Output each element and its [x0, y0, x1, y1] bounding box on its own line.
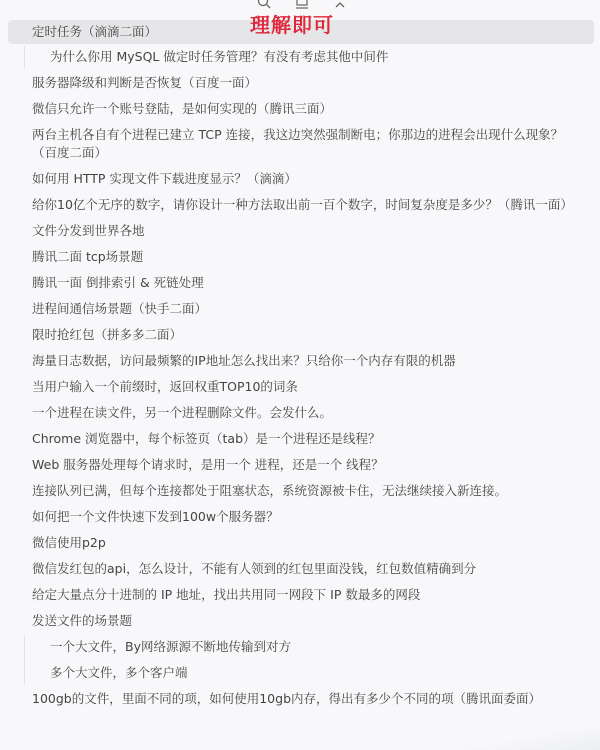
list-item-label: 海量日志数据，访问最频繁的IP地址怎么找出来？只给你一个内存有限的机器: [32, 353, 456, 368]
list-item[interactable]: 海量日志数据，访问最频繁的IP地址怎么找出来？只给你一个内存有限的机器: [0, 348, 600, 374]
collapse-icon[interactable]: [332, 0, 348, 9]
list-item[interactable]: 腾讯二面 tcp场景题: [0, 244, 600, 270]
list-item-label: 如何把一个文件快速下发到100w个服务器？: [32, 509, 279, 524]
list-item-label: 一个大文件，By网络源源不断地传输到对方: [50, 639, 291, 654]
red-annotation-text: 理解即可: [250, 12, 334, 38]
list-item[interactable]: 给你10亿个无序的数字，请你设计一种方法取出前一百个数字，时间复杂度是多少？（腾…: [0, 192, 600, 218]
list-item-label: 定时任务（滴滴二面）: [32, 24, 157, 39]
list-item-label: 腾讯二面 tcp场景题: [32, 249, 143, 264]
list-item-child[interactable]: 多个大文件，多个客户端: [0, 660, 600, 686]
copy-icon[interactable]: [294, 0, 310, 9]
list-item-label: 一个进程在读文件，另一个进程删除文件。会发什么。: [32, 405, 332, 420]
child-group: 为什么你用 MySQL 做定时任务管理？有没有考虑其他中间件: [0, 44, 600, 70]
outline-list: 定时任务（滴滴二面） 为什么你用 MySQL 做定时任务管理？有没有考虑其他中间…: [0, 20, 600, 712]
search-icon[interactable]: [256, 0, 272, 9]
list-item-label: 服务器降级和判断是否恢复（百度一面）: [32, 75, 257, 90]
list-item-label: 微信使用p2p: [32, 535, 106, 550]
list-item-label: 进程间通信场景题（快手二面）: [32, 301, 207, 316]
list-item[interactable]: 100gb的文件，里面不同的项，如何使用10gb内存，得出有多少个不同的项（腾讯…: [0, 686, 600, 712]
list-item-label: 当用户输入一个前缀时，返回权重TOP10的词条: [32, 379, 298, 394]
decorative-fade: [460, 730, 600, 750]
top-toolbar: [256, 0, 348, 10]
list-item-label: 给定大量点分十进制的 IP 地址，找出共用同一网段下 IP 数最多的网段: [32, 587, 420, 602]
list-item-label: 文件分发到世界各地: [32, 223, 145, 238]
list-item[interactable]: 微信使用p2p: [0, 530, 600, 556]
list-item[interactable]: 微信发红包的api，怎么设计，不能有人领到的红包里面没钱，红包数值精确到分: [0, 556, 600, 582]
list-item[interactable]: 给定大量点分十进制的 IP 地址，找出共用同一网段下 IP 数最多的网段: [0, 582, 600, 608]
list-item[interactable]: 进程间通信场景题（快手二面）: [0, 296, 600, 322]
outline-page: 理解即可 定时任务（滴滴二面） 为什么你用 MySQL 做定时任务管理？有没有考…: [0, 0, 600, 750]
list-item[interactable]: 当用户输入一个前缀时，返回权重TOP10的词条: [0, 374, 600, 400]
list-item[interactable]: 微信只允许一个账号登陆，是如何实现的（腾讯三面）: [0, 96, 600, 122]
list-item[interactable]: 限时抢红包（拼多多二面）: [0, 322, 600, 348]
list-item-label: 发送文件的场景题: [32, 613, 132, 628]
list-item[interactable]: Chrome 浏览器中，每个标签页（tab）是一个进程还是线程？: [0, 426, 600, 452]
list-item[interactable]: 连接队列已满，但每个连接都处于阻塞状态，系统资源被卡住，无法继续接入新连接。: [0, 478, 600, 504]
list-item-label: 微信只允许一个账号登陆，是如何实现的（腾讯三面）: [32, 101, 332, 116]
list-item-label: 多个大文件，多个客户端: [50, 665, 188, 680]
list-item-label: 限时抢红包（拼多多二面）: [32, 327, 182, 342]
list-item[interactable]: 发送文件的场景题: [0, 608, 600, 634]
list-item-label: 腾讯一面 倒排索引 & 死链处理: [32, 275, 204, 290]
list-item-label: Chrome 浏览器中，每个标签页（tab）是一个进程还是线程？: [32, 431, 381, 446]
list-item-label: 100gb的文件，里面不同的项，如何使用10gb内存，得出有多少个不同的项（腾讯…: [32, 691, 541, 706]
list-item-label: Web 服务器处理每个请求时，是用一个 进程，还是一个 线程？: [32, 457, 384, 472]
list-item[interactable]: 如何把一个文件快速下发到100w个服务器？: [0, 504, 600, 530]
list-item[interactable]: 文件分发到世界各地: [0, 218, 600, 244]
list-item[interactable]: 服务器降级和判断是否恢复（百度一面）: [0, 70, 600, 96]
list-item-child[interactable]: 一个大文件，By网络源源不断地传输到对方: [0, 634, 600, 660]
list-item-label: 为什么你用 MySQL 做定时任务管理？有没有考虑其他中间件: [50, 49, 388, 64]
list-item-label: 两台主机各自有个进程已建立 TCP 连接，我这边突然强制断电；你那边的进程会出现…: [32, 127, 563, 160]
list-item-label: 如何用 HTTP 实现文件下载进度显示？（滴滴）: [32, 171, 297, 186]
list-item[interactable]: Web 服务器处理每个请求时，是用一个 进程，还是一个 线程？: [0, 452, 600, 478]
list-item-label: 微信发红包的api，怎么设计，不能有人领到的红包里面没钱，红包数值精确到分: [32, 561, 476, 576]
list-item[interactable]: 腾讯一面 倒排索引 & 死链处理: [0, 270, 600, 296]
list-item[interactable]: 一个进程在读文件，另一个进程删除文件。会发什么。: [0, 400, 600, 426]
list-item-child[interactable]: 为什么你用 MySQL 做定时任务管理？有没有考虑其他中间件: [0, 44, 600, 70]
list-item[interactable]: 两台主机各自有个进程已建立 TCP 连接，我这边突然强制断电；你那边的进程会出现…: [0, 122, 600, 166]
list-item-label: 给你10亿个无序的数字，请你设计一种方法取出前一百个数字，时间复杂度是多少？（腾…: [32, 197, 573, 212]
child-group: 一个大文件，By网络源源不断地传输到对方 多个大文件，多个客户端: [0, 634, 600, 686]
list-item[interactable]: 如何用 HTTP 实现文件下载进度显示？（滴滴）: [0, 166, 600, 192]
list-item-label: 连接队列已满，但每个连接都处于阻塞状态，系统资源被卡住，无法继续接入新连接。: [32, 483, 507, 498]
